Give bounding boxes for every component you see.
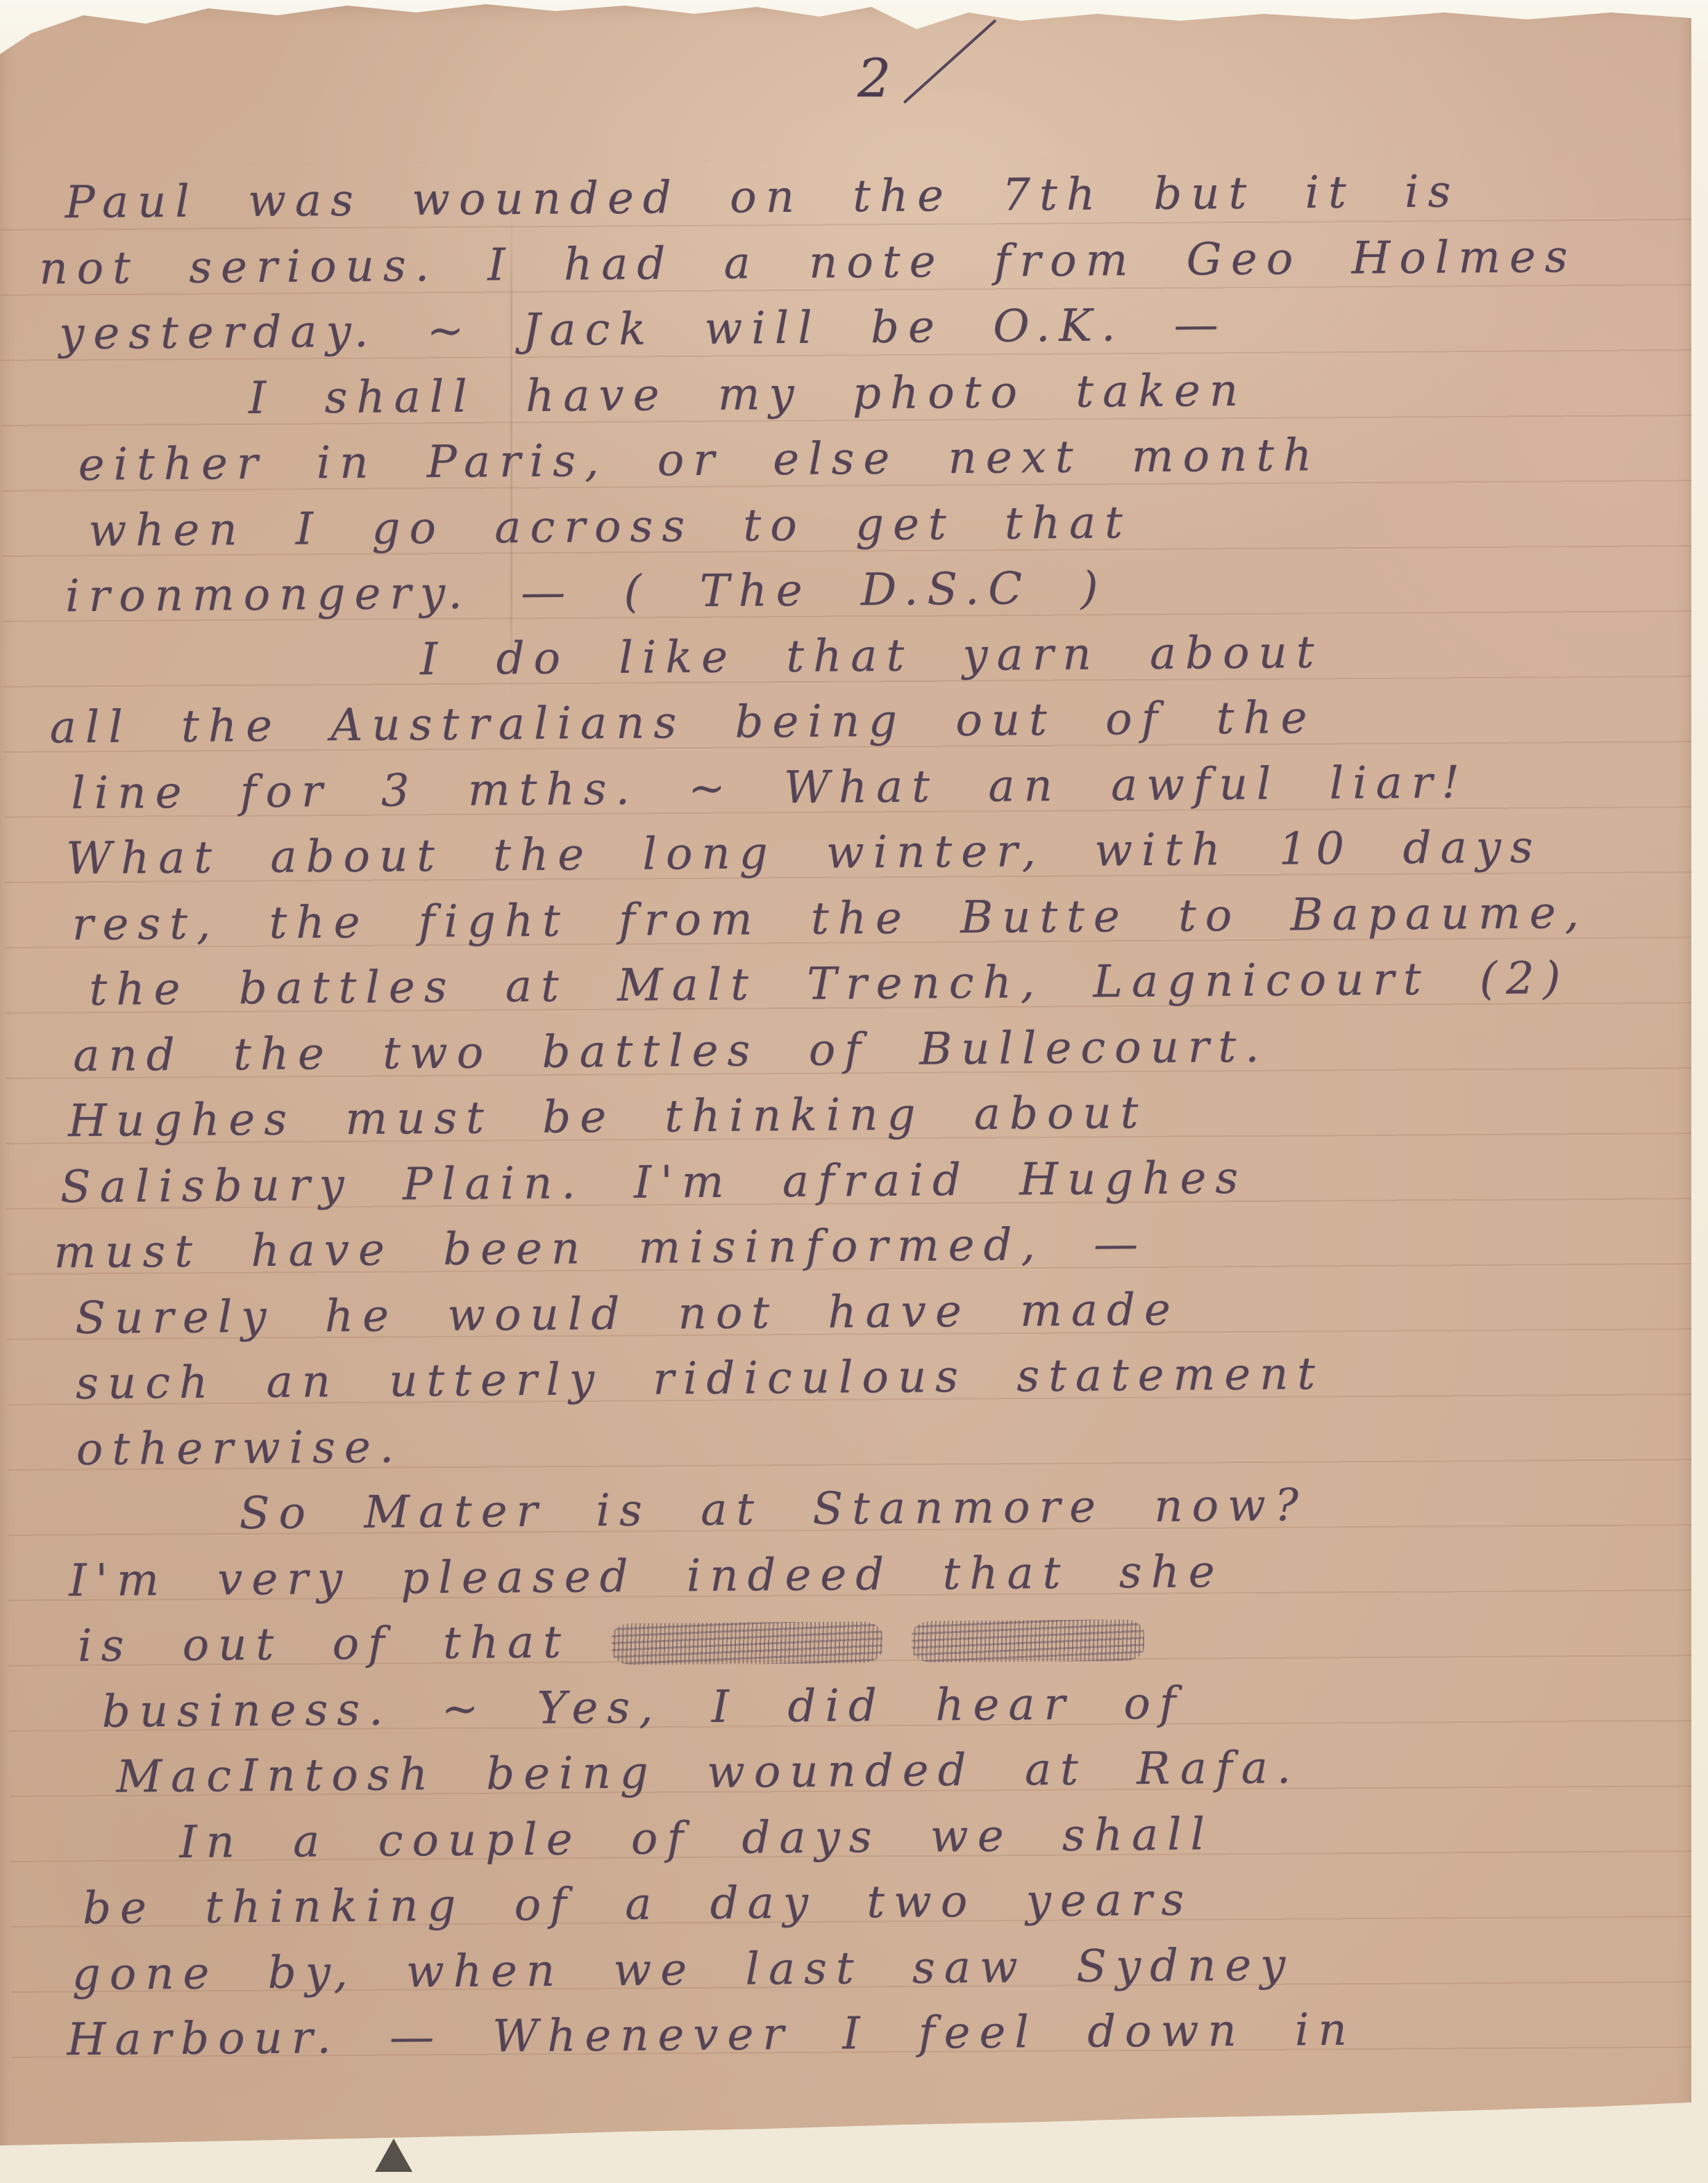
page-number: 2 (857, 47, 891, 109)
handwritten-line: Harbour. — Whenever I feel down in (14, 1995, 1706, 2074)
torn-notch (375, 2139, 412, 2172)
letter-body: Paul was wounded on the 7th but it is no… (0, 158, 1706, 2074)
scanned-letter-page: 2 Paul was wounded on the 7th but it is … (0, 0, 1708, 2183)
handwritten-text: is out of that (78, 1617, 570, 1673)
scribbled-out-word (612, 1621, 882, 1665)
scribbled-out-word (912, 1619, 1144, 1663)
